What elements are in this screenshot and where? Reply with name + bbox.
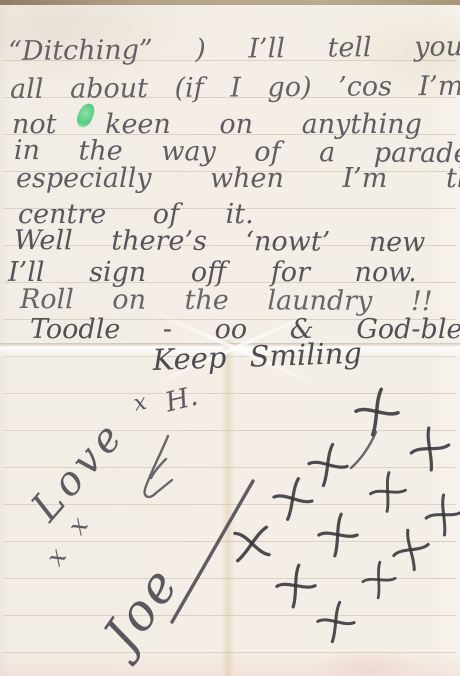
letter-page: “Ditching” ) I’ll tell you all about (if…: [0, 0, 460, 676]
kiss-cross-mark: [371, 473, 406, 512]
kiss-cross-tail: [351, 432, 376, 468]
kiss-cross-mark: [317, 512, 359, 558]
signature-flourish-mark: [145, 436, 172, 497]
kiss-cross-mark: [315, 600, 356, 645]
kiss-cross-mark: [389, 527, 433, 574]
kiss-cross-mark: [223, 514, 282, 573]
kiss-cross-mark: [270, 475, 316, 524]
kiss-cross-mark: [275, 563, 317, 608]
kiss-cross-mark: [425, 494, 460, 536]
kiss-cross-mark: [363, 562, 395, 598]
kiss-crosses-overlay: [0, 0, 460, 676]
kiss-cross-mark: [306, 441, 351, 489]
signature-slash-flourish: [172, 481, 253, 622]
kiss-cross-mark: [353, 386, 401, 438]
kiss-cross-mark: [409, 426, 451, 472]
